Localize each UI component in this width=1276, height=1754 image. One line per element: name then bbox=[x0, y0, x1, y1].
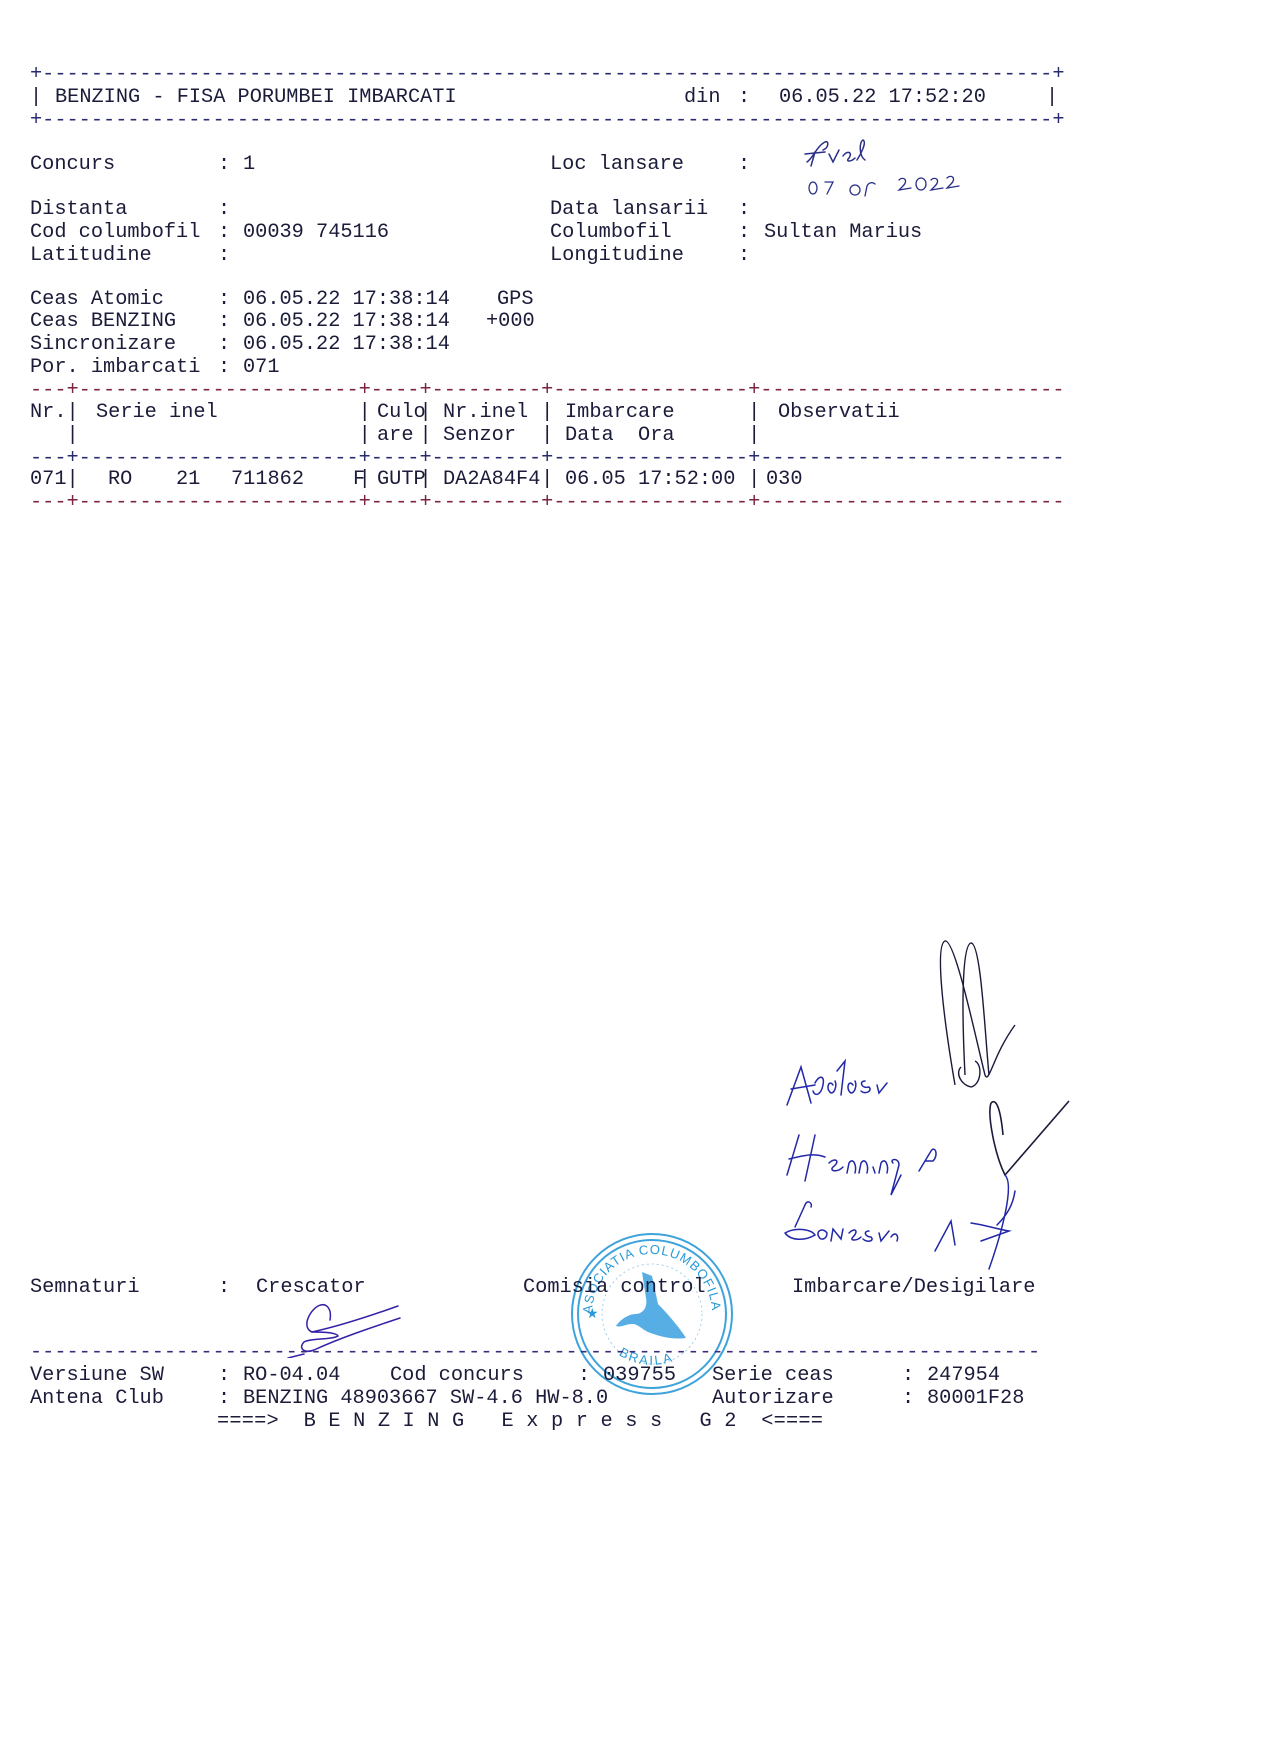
autorizare-label: Autorizare bbox=[712, 1388, 834, 1411]
row-observatii: 030 bbox=[766, 469, 803, 492]
table-border-bottom: ---+-----------------------+----+-------… bbox=[30, 492, 1065, 515]
cod-columbofil-value: 00039 745116 bbox=[243, 222, 389, 245]
distanta-label: Distanta bbox=[30, 199, 127, 222]
comisia-control-label: Comisia control bbox=[523, 1277, 706, 1300]
crescator-label: Crescator bbox=[256, 1277, 366, 1300]
data-lansarii-label: Data lansarii bbox=[550, 199, 708, 222]
sincronizare-value: 06.05.22 17:38:14 bbox=[243, 334, 450, 357]
col-header-culoare-1: Culo bbox=[377, 402, 426, 425]
columbofil-colon: : bbox=[738, 222, 750, 245]
document-title: BENZING - FISA PORUMBEI IMBARCATI bbox=[55, 87, 457, 110]
row-nr: 071 bbox=[30, 469, 67, 492]
loc-lansare-colon: : bbox=[738, 154, 750, 177]
row-ring: 711862 bbox=[231, 469, 304, 492]
header-din-label: din bbox=[684, 87, 721, 110]
cod-concurs-colon: : bbox=[578, 1365, 590, 1388]
autorizare-colon: : bbox=[902, 1388, 914, 1411]
data-lansarii-colon: : bbox=[738, 199, 750, 222]
por-imbarcati-label: Por. imbarcati bbox=[30, 357, 200, 380]
col-header-serie-inel: Serie inel bbox=[96, 402, 218, 425]
ceas-atomic-value: 06.05.22 17:38:14 bbox=[243, 289, 450, 312]
longitudine-label: Longitudine bbox=[550, 245, 684, 268]
columbofil-value: Sultan Marius bbox=[764, 222, 922, 245]
header-datetime: 06.05.22 17:52:20 bbox=[779, 87, 986, 110]
footer-banner: ====> B E N Z I N G E x p r e s s G 2 <=… bbox=[217, 1411, 823, 1434]
row-year: 21 bbox=[176, 469, 200, 492]
autorizare-value: 80001F28 bbox=[927, 1388, 1024, 1411]
header-border-bottom: +---------------------------------------… bbox=[30, 110, 1065, 133]
row-sex: F bbox=[353, 469, 365, 492]
concurs-value: 1 bbox=[243, 154, 255, 177]
handwritten-release-note bbox=[795, 136, 985, 206]
col-header-nr-inel-2: Senzor bbox=[443, 425, 516, 448]
versiune-sw-colon: : bbox=[218, 1365, 230, 1388]
longitudine-colon: : bbox=[738, 245, 750, 268]
versiune-sw-label: Versiune SW bbox=[30, 1365, 164, 1388]
por-imbarcati-colon: : bbox=[218, 357, 230, 380]
header-border-top: +---------------------------------------… bbox=[30, 64, 1065, 87]
versiune-sw-value: RO-04.04 bbox=[243, 1365, 340, 1388]
header-din-colon: : bbox=[738, 87, 750, 110]
commission-signatures bbox=[775, 935, 1085, 1275]
row-culoare: GUTP bbox=[377, 469, 426, 492]
sincronizare-colon: : bbox=[218, 334, 230, 357]
col-header-nr: Nr. bbox=[30, 402, 67, 425]
ceas-benzing-value: 06.05.22 17:38:14 bbox=[243, 311, 450, 334]
loc-lansare-label: Loc lansare bbox=[550, 154, 684, 177]
imbarcare-desigilare-label: Imbarcare/Desigilare bbox=[792, 1277, 1035, 1300]
serie-ceas-value: 247954 bbox=[927, 1365, 1000, 1388]
ceas-benzing-label: Ceas BENZING bbox=[30, 311, 176, 334]
antena-club-colon: : bbox=[218, 1388, 230, 1411]
sincronizare-label: Sincronizare bbox=[30, 334, 176, 357]
star-icon: ★ bbox=[586, 1307, 599, 1322]
serie-ceas-colon: : bbox=[902, 1365, 914, 1388]
col-header-culoare-2: are bbox=[377, 425, 414, 448]
col-header-nr-inel-1: Nr.inel bbox=[443, 402, 528, 425]
header-border-right: | bbox=[1046, 87, 1058, 110]
semnaturi-colon: : bbox=[218, 1277, 230, 1300]
col-header-imbarcare-2: Data Ora bbox=[565, 425, 675, 448]
columbofil-label: Columbofil bbox=[550, 222, 672, 245]
distanta-colon: : bbox=[218, 199, 230, 222]
por-imbarcati-value: 071 bbox=[243, 357, 280, 380]
ceas-benzing-suffix: +000 bbox=[486, 311, 535, 334]
ceas-atomic-suffix: GPS bbox=[497, 289, 534, 312]
latitudine-label: Latitudine bbox=[30, 245, 152, 268]
antena-club-label: Antena Club bbox=[30, 1388, 164, 1411]
latitudine-colon: : bbox=[218, 245, 230, 268]
footer-divider: ----------------------------------------… bbox=[30, 1342, 1040, 1365]
semnaturi-label: Semnaturi bbox=[30, 1277, 140, 1300]
cod-columbofil-colon: : bbox=[218, 222, 230, 245]
concurs-label: Concurs bbox=[30, 154, 115, 177]
cod-columbofil-label: Cod columbofil bbox=[30, 222, 200, 245]
ceas-benzing-colon: : bbox=[218, 311, 230, 334]
cod-concurs-value: 039755 bbox=[603, 1365, 676, 1388]
concurs-colon: : bbox=[218, 154, 230, 177]
row-senzor: DA2A84F4 bbox=[443, 469, 540, 492]
ceas-atomic-label: Ceas Atomic bbox=[30, 289, 164, 312]
ceas-atomic-colon: : bbox=[218, 289, 230, 312]
cod-concurs-label: Cod concurs bbox=[390, 1365, 524, 1388]
serie-ceas-label: Serie ceas bbox=[712, 1365, 834, 1388]
row-country: RO bbox=[108, 469, 132, 492]
table-border-top: ---+-----------------------+----+-------… bbox=[30, 380, 1065, 403]
antena-club-value: BENZING 48903667 SW-4.6 HW-8.0 bbox=[243, 1388, 608, 1411]
col-header-imbarcare-1: Imbarcare bbox=[565, 402, 675, 425]
col-header-observatii: Observatii bbox=[778, 402, 900, 425]
header-border-left: | bbox=[30, 87, 42, 110]
row-imbarcare: 06.05 17:52:00 bbox=[565, 469, 735, 492]
